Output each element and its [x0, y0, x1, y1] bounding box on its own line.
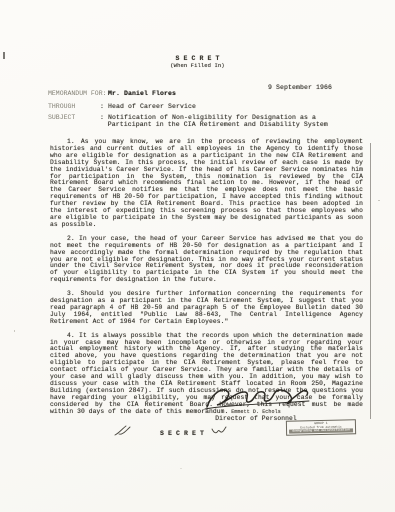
- memorandum-for-row: MEMORANDUM FOR:Mr. Daniel Flores: [48, 90, 176, 97]
- classification-header: S E C R E T: [0, 55, 395, 62]
- stamp-text-line: downgrading and declassification: [289, 429, 353, 434]
- subject-value: : Notification of Non-eligibility for De…: [100, 114, 328, 128]
- memo-date: 9 September 1966: [268, 84, 332, 91]
- scanned-memo-page: S E C R E T (When Filled In) 9 September…: [0, 0, 395, 512]
- scan-speck: [180, 468, 182, 469]
- classification-footer: S E C R E T: [160, 430, 204, 437]
- scan-speck: [14, 330, 15, 332]
- through-row: THROUGH: Head of Career Service: [48, 103, 196, 110]
- declassification-stamp: GROUP 1 Excluded from automatic downgrad…: [286, 419, 356, 435]
- subject-label: SUBJECT: [48, 114, 100, 121]
- subject-line-1: : Notification of Non-eligibility for De…: [100, 114, 316, 121]
- body-paragraph-3: 3. Should you desire further information…: [50, 291, 363, 326]
- body-paragraph-2: 2. In your case, the head of your Career…: [50, 236, 363, 284]
- scan-speck: [378, 200, 380, 201]
- classification-note: (When Filled In): [0, 62, 395, 69]
- signature-block: Emmett D. Echols Director of Personnel: [196, 383, 316, 422]
- scan-edge-line: [370, 143, 371, 419]
- pen-check-mark: [112, 423, 134, 439]
- subject-line-2: Participant in the CIA Retirement and Di…: [100, 121, 328, 128]
- pen-squiggle-mark: [210, 424, 228, 438]
- subject-row: SUBJECT: Notification of Non-eligibility…: [48, 114, 328, 128]
- through-label: THROUGH: [48, 103, 100, 110]
- memorandum-for-value: Mr. Daniel Flores: [108, 90, 176, 97]
- through-value: : Head of Career Service: [100, 103, 196, 110]
- body-paragraph-1: 1. As you may know, we are in the proces…: [50, 139, 363, 229]
- memorandum-for-label: MEMORANDUM FOR:: [48, 90, 108, 97]
- memo-body: 1. As you may know, we are in the proces…: [50, 139, 363, 423]
